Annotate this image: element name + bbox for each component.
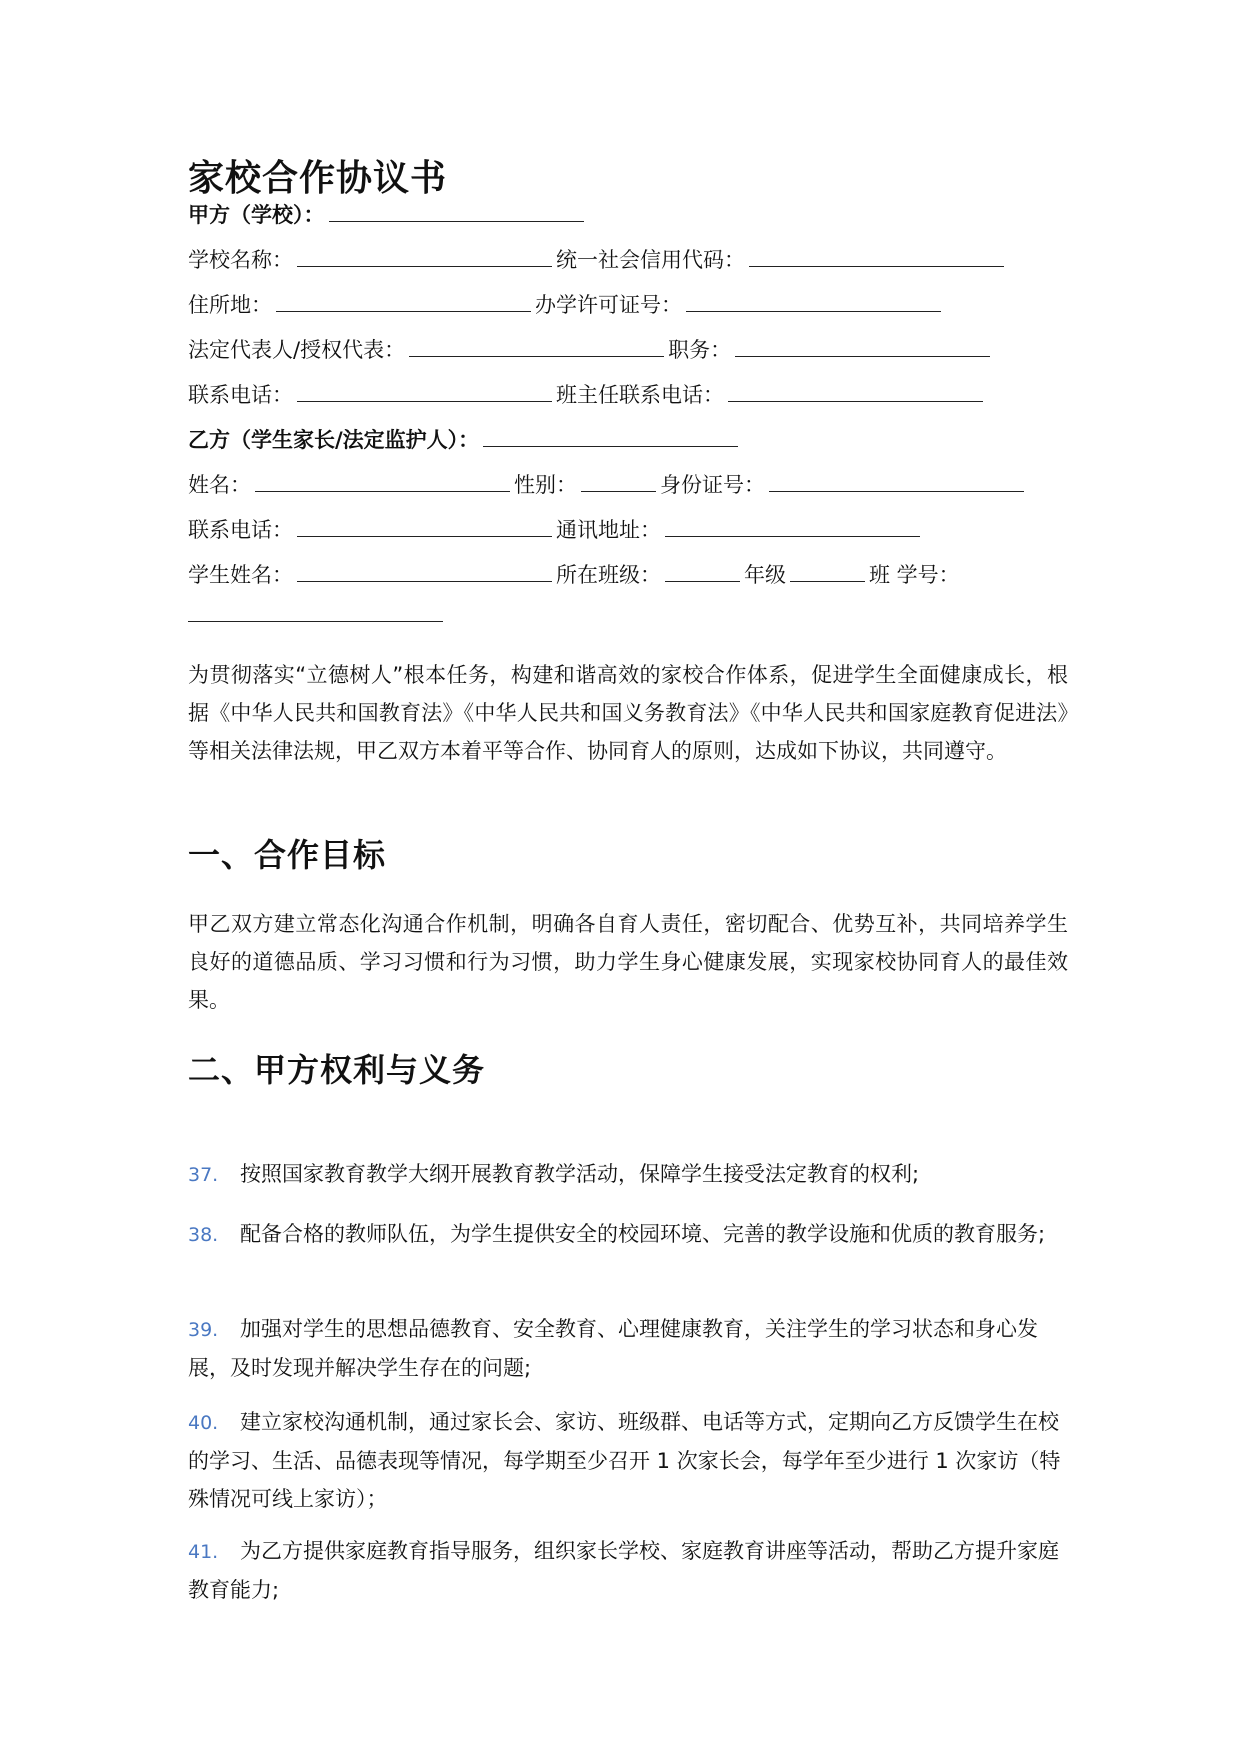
class-field[interactable] [790, 561, 865, 582]
party-b-row-1: 姓名：性别：身份证号： [188, 470, 1028, 500]
party-a-heading: 甲方（学校）： [188, 203, 325, 227]
legal-rep-field[interactable] [409, 336, 664, 357]
list-number: 38. [188, 1216, 240, 1254]
mail-address-field[interactable] [665, 516, 920, 537]
list-number: 41. [188, 1533, 240, 1571]
id-label: 身份证号： [660, 473, 765, 497]
position-field[interactable] [735, 336, 990, 357]
phone-label: 联系电话： [188, 383, 293, 407]
mail-address-label: 通讯地址： [556, 518, 661, 542]
address-label: 住所地： [188, 293, 272, 317]
teacher-phone-field[interactable] [728, 381, 983, 402]
list-item: 40.建立家校沟通机制，通过家长会、家访、班级群、电话等方式，定期向乙方反馈学生… [188, 1403, 1068, 1518]
teacher-phone-label: 班主任联系电话： [556, 383, 724, 407]
list-item: 39.加强对学生的思想品德教育、安全教育、心理健康教育，关注学生的学习状态和身心… [188, 1310, 1068, 1387]
list-item: 37.按照国家教育教学大纲开展教育教学活动，保障学生接受法定教育的权利; [188, 1155, 1068, 1194]
party-b-row-4 [188, 600, 447, 630]
parent-phone-label: 联系电话： [188, 518, 293, 542]
student-id-label: 班 学号： [869, 563, 960, 587]
party-a-row-1: 学校名称：统一社会信用代码： [188, 245, 1008, 275]
section-2-heading: 二、甲方权利与义务 [188, 1045, 485, 1091]
party-b-row-2: 联系电话：通讯地址： [188, 515, 924, 545]
list-item: 41.为乙方提供家庭教育指导服务，组织家长学校、家庭教育讲座等活动，帮助乙方提升… [188, 1532, 1068, 1609]
party-a-row-2: 住所地：办学许可证号： [188, 290, 945, 320]
list-text: 建立家校沟通机制，通过家长会、家访、班级群、电话等方式，定期向乙方反馈学生在校的… [188, 1410, 1060, 1511]
list-text: 按照国家教育教学大纲开展教育教学活动，保障学生接受法定教育的权利; [240, 1162, 919, 1186]
party-b-blank[interactable] [483, 426, 738, 447]
list-item: 38.配备合格的教师队伍，为学生提供安全的校园环境、完善的教学设施和优质的教育服… [188, 1215, 1068, 1254]
position-label: 职务： [668, 338, 731, 362]
student-id-field[interactable] [188, 601, 443, 622]
preamble: 为贯彻落实“立德树人”根本任务，构建和谐高效的家校合作体系，促进学生全面健康成长… [188, 656, 1068, 770]
license-field[interactable] [686, 291, 941, 312]
list-text: 加强对学生的思想品德教育、安全教育、心理健康教育，关注学生的学习状态和身心发展，… [188, 1317, 1038, 1380]
parent-phone-field[interactable] [297, 516, 552, 537]
student-name-field[interactable] [297, 561, 552, 582]
credit-code-field[interactable] [749, 246, 1004, 267]
party-a-row-4: 联系电话：班主任联系电话： [188, 380, 987, 410]
list-text: 为乙方提供家庭教育指导服务，组织家长学校、家庭教育讲座等活动，帮助乙方提升家庭教… [188, 1539, 1059, 1602]
address-field[interactable] [276, 291, 531, 312]
party-b-heading: 乙方（学生家长/法定监护人）： [188, 428, 479, 452]
school-name-label: 学校名称： [188, 248, 293, 272]
id-field[interactable] [769, 471, 1024, 492]
party-b-row-3: 学生姓名：所在班级：年级班 学号： [188, 560, 960, 590]
gender-label: 性别： [514, 473, 577, 497]
list-text: 配备合格的教师队伍，为学生提供安全的校园环境、完善的教学设施和优质的教育服务; [240, 1222, 1045, 1246]
list-number: 39. [188, 1311, 240, 1349]
section-1-heading: 一、合作目标 [188, 830, 386, 876]
credit-code-label: 统一社会信用代码： [556, 248, 745, 272]
phone-field[interactable] [297, 381, 552, 402]
section-1-body: 甲乙双方建立常态化沟通合作机制，明确各自育人责任，密切配合、优势互补，共同培养学… [188, 905, 1068, 1019]
list-number: 40. [188, 1404, 240, 1442]
party-b-heading-row: 乙方（学生家长/法定监护人）： [188, 425, 742, 455]
student-name-label: 学生姓名： [188, 563, 293, 587]
license-label: 办学许可证号： [535, 293, 682, 317]
grade-field[interactable] [665, 561, 740, 582]
grade-suffix: 年级 [744, 563, 786, 587]
school-name-field[interactable] [297, 246, 552, 267]
party-a-blank[interactable] [329, 201, 584, 222]
party-a-row-3: 法定代表人/授权代表：职务： [188, 335, 994, 365]
gender-field[interactable] [581, 471, 656, 492]
list-number: 37. [188, 1156, 240, 1194]
document-title: 家校合作协议书 [188, 150, 447, 201]
party-a-heading-row: 甲方（学校）： [188, 200, 588, 230]
name-field[interactable] [255, 471, 510, 492]
name-label: 姓名： [188, 473, 251, 497]
class-label: 所在班级： [556, 563, 661, 587]
legal-rep-label: 法定代表人/授权代表： [188, 338, 405, 362]
